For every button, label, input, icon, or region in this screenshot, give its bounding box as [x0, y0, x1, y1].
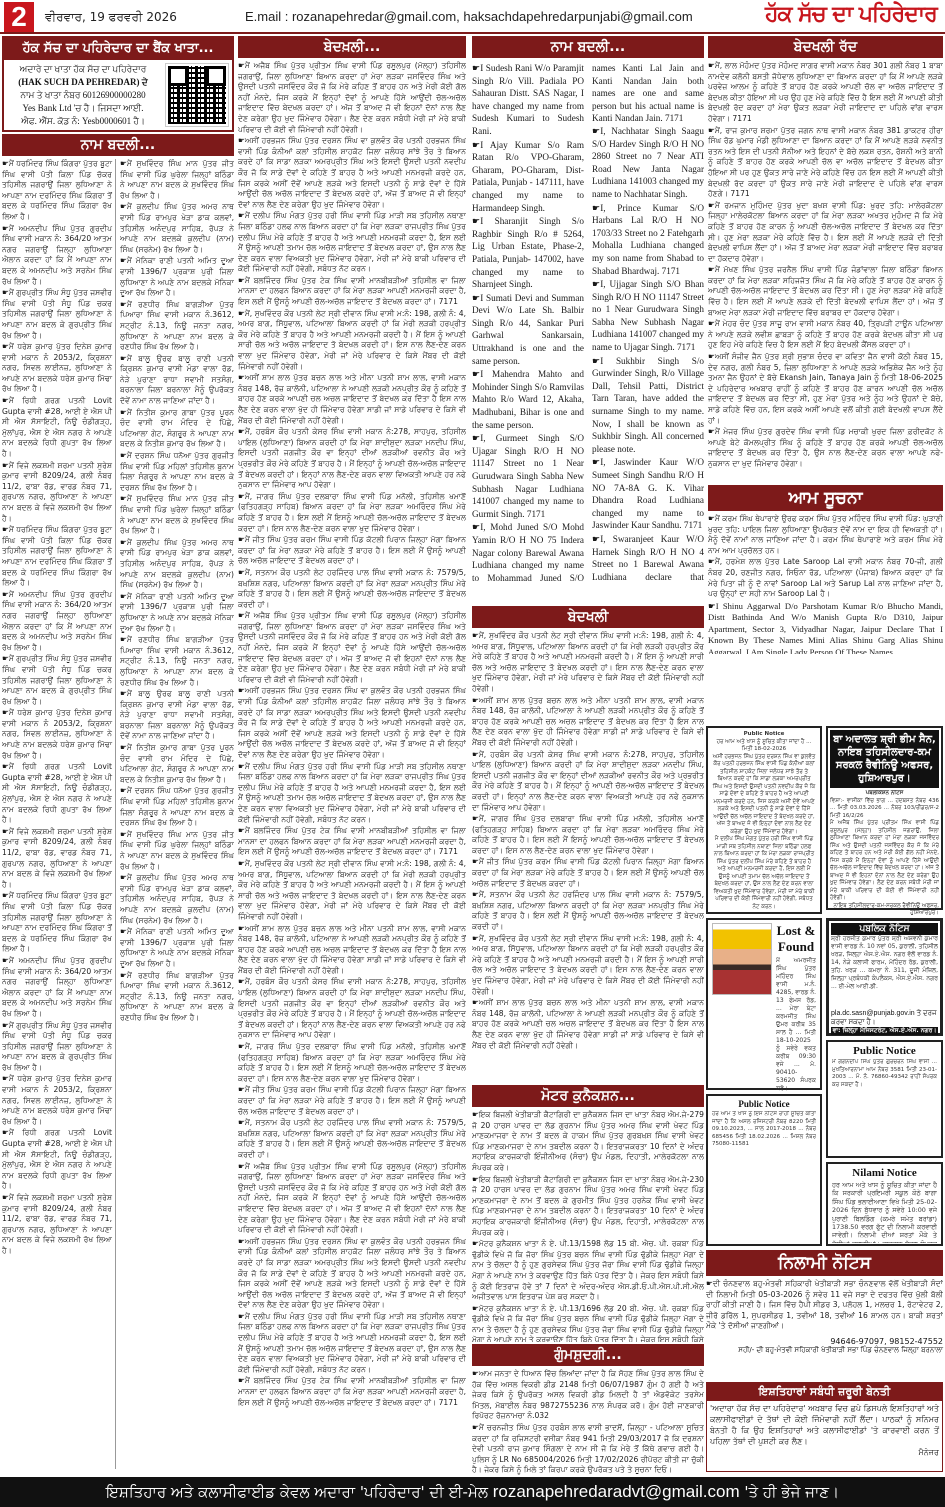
- list-item: ਮੈਂ ਬਲਜਿੰਦਰ ਸਿੰਘ ਪੁੱਤਰ ਟੇਕ ਸਿੰਘ ਵਾਸੀ ਮਾਨ…: [238, 826, 466, 858]
- list-item: ਅਸੀਂ ਸ਼ਾਮ ਲਾਲ ਪੁੱਤਰ ਬਚਨ ਲਾਲ ਅਤੇ ਮੀਨਾ ਪਤਨ…: [472, 998, 704, 1051]
- list-item: ਮੈਂ ਦਰਸ਼ਨ ਸਿੰਘ ਧਨੋਆ ਪੁੱਤਰ ਗੁਰਜੀਤ ਸਿੰਘ ਵਾ…: [120, 451, 234, 493]
- ad-body: ਹਰ ਆਮ ਤੇ ਖਾਸ ਨੂੰ ਇਸ ਨੋਟਿਸ ਰਾਹੀਂ ਸੂਚਿਤ ਕੀ…: [712, 1111, 816, 1243]
- footer-text: ਇਸ਼ਤਿਹਾਰ ਅਤੇ ਕਲਾਸੀਫਾਈਡ ਕੇਵਲ ਅਦਾਰਾ 'ਪਹਿਰੇ…: [106, 1483, 488, 1501]
- nilami-text: ਦੀ ਚੰਨਣਵਾਲ ਬਹੁ-ਮੰਤਵੀ ਸਹਿਕਾਰੀ ਖੇਤੀਬਾੜੀ ਸਭ…: [706, 1279, 943, 1332]
- list-item: ਅਸੀਂ ਸ਼ਾਮ ਲਾਲ ਪੁੱਤਰ ਬਚਨ ਲਾਲ ਅਤੇ ਮੀਨਾ ਪਤਨ…: [238, 373, 466, 426]
- list-item: ਮੈਂ ਮੇਹਰ ਚੰਦ ਪੁੱਤਰ ਸਾਜੂ ਰਾਮ ਵਾਸੀ ਮਕਾਨ ਨੰ…: [708, 319, 943, 351]
- list-item: ਮੈਂ, ਸੁਖਵਿੰਦਰ ਕੌਰ ਪਤਨੀ ਲੇਟ ਸ੍ਰੀ ਦੀਵਾਨ ਸਿ…: [238, 309, 466, 373]
- footer-banner: ਇਸ਼ਤਿਹਾਰ ਅਤੇ ਕਲਾਸੀਫਾਈਡ ਕੇਵਲ ਅਦਾਰਾ 'ਪਹਿਰੇ…: [0, 1477, 945, 1507]
- bank-account-box: ਹੱਕ ਸੱਚ ਦਾ ਪਹਿਰੇਦਾਰ ਦਾ ਬੈਂਕ ਖਾਤਾ... ਅਦਾਰ…: [2, 36, 234, 132]
- bank-line: ਅਦਾਰੇ ਦਾ ਖਾਤਾ ਹੱਕ ਸੱਚ ਦਾ ਪਹਿਰੇਦਾਰ: [6, 63, 160, 76]
- nilami-notice-section: ਨਿਲਾਮੀ ਨੋਟਿਸ ਦੀ ਚੰਨਣਵਾਲ ਬਹੁ-ਮੰਤਵੀ ਸਹਿਕਾਰ…: [706, 1250, 943, 1355]
- list-item-continued: names Kanti Lal Jain and Kanti Nandan Ja…: [592, 62, 704, 125]
- list-item: ਮੈਂ ਧਰੇਸ਼ ਕੁਮਾਰ ਪੁੱਤਰ ਦਿਨੇਸ਼ ਕੁਮਾਰ ਵਾਸੀ …: [2, 708, 112, 761]
- list-item: I, Mohd Juned S/O Mohd Yamin R/O H NO 75…: [472, 521, 584, 582]
- list-item: ਮੈਂ, ਸੁਖਵਿੰਦਰ ਕੌਰ ਪਤਨੀ ਲੇਟ ਸ੍ਰੀ ਦੀਵਾਨ ਸਿ…: [472, 934, 704, 998]
- list-item: ਮੈਂ, ਸਤਨਾਮ ਕੌਰ ਪਤਨੀ ਲੇਟ ਹਰਜਿੰਦਰ ਪਾਲ ਸਿੰਘ…: [238, 568, 466, 610]
- bank-line: Yes Bank Ltd 'ਚ ਹੈ। ਜਿਸਦਾ ਆਈ.: [6, 102, 160, 115]
- ad-body: ਹਰ ਆਮ ਅਤੇ ਖਾਸ ਨੂੰ ਸੂਚਿਤ ਕੀਤਾ ਜਾਂਦਾ ਹੈ ..…: [712, 739, 816, 754]
- list-item: I Ajay Kumar S/o Ram Ratan R/o VPO-Ghara…: [472, 139, 584, 215]
- bedakhli-2-list: ਮੈਂ, ਸੁਖਵਿੰਦਰ ਕੌਰ ਪਤਨੀ ਲੇਟ ਸ੍ਰੀ ਦੀਵਾਨ ਸਿ…: [472, 631, 704, 1083]
- list-item: ਮੈਂ, ਹਰਬੰਸ ਕੌਰ ਪਤਨੀ ਕੇਸਰ ਸਿੰਘ ਵਾਸੀ ਮਕਾਨ …: [472, 750, 704, 814]
- person-photo: [712, 923, 772, 995]
- list-item: ਇਕ ਬਿਜਲੀ ਖੇਤੀਬਾੜੀ ਕੈਟਾਗਿਰੀ ਦਾ ਕੁਨੈਕਸ਼ਨ ਜ…: [472, 1110, 704, 1174]
- list-item: ਮੈਂ ਵਿਜੇ ਲਕਸ਼ਮੀ ਸ਼ਰਮਾ ਪਤਨੀ ਸੁਰੇਸ਼ ਕੁਮਾਰ …: [2, 461, 112, 525]
- list-item: ਅਸੀਂ ਹਰਭਜਨ ਸਿੰਘ ਪੁੱਤਰ ਦਰਸ਼ਨ ਸਿੰਘ ਵਾ ਕੁਲਵ…: [238, 136, 466, 210]
- section-title-nilami-notice: ਨਿਲਾਮੀ ਨੋਟਿਸ: [706, 1250, 943, 1276]
- list-item: ਮੈਂ ਮੋਨਿਕਾ ਰਾਣੀ ਪਤਨੀ ਅਮਿਤ ਦੂਆ ਵਾਸੀ 1396/…: [120, 927, 234, 969]
- disclaimer-body: 'ਅਦਾਰਾ ਹੱਕ ਸੱਚ ਦਾ ਪਹਿਰੇਦਾਰ' ਅਖ਼ਬਾਰ ਵਿਚ ਛ…: [710, 1403, 939, 1447]
- bank-line: (HAK SUCH DA PEHREDAR) ਦੇ: [6, 76, 160, 89]
- list-item: ਮੈਂ ਰਣਧੀਰ ਸਿੰਘ ਬਾਗੜੀਆ ਪੁੱਤਰ ਪਿਆਰਾ ਸਿੰਘ ਵ…: [120, 635, 234, 688]
- list-item: ਮੈਂ ਗੁਰਪ੍ਰੀਤ ਸਿੰਘ ਸੰਧੂ ਪੁੱਤਰ ਜਸਵੀਰ ਸਿੰਘ …: [2, 654, 112, 707]
- list-item: ਮੈਂ ਕੁਲਦੀਪ ਸਿੰਘ ਪੁੱਤਰ ਅਮਰ ਨਾਥ ਵਾਸੀ ਪਿੰਡ …: [120, 538, 234, 591]
- list-item: ਮੈਂ ਕੁਲਦੀਪ ਸਿੰਘ ਪੁੱਤਰ ਅਮਰ ਨਾਥ ਵਾਸੀ ਪਿੰਡ …: [120, 202, 234, 255]
- list-item: ਮੈਂ ਸੁਖਵਿੰਦਰ ਸਿੰਘ ਮਾਨ ਪੁੱਤਰ ਜੀਤ ਸਿੰਘ ਵਾਸ…: [120, 830, 234, 872]
- disclaimer-box: ਇਸ਼ਤਿਹਾਰਾਂ ਸਬੰਧੀ ਜ਼ਰੂਰੀ ਬੇਨਤੀ 'ਅਦਾਰਾ ਹੱਕ…: [706, 1382, 943, 1472]
- bank-line: ਨਾਮ ਤੇ ਖਾਤਾ ਨੰਬਰ 60126900000280: [6, 89, 160, 102]
- ad-body: ਮੈਂ ਗਗਨਦੀਪ ਸਿੰਘ ਪੁੱਤਰ ਗੁਰਚਰਨ ਸਿੰਘ ਵਾਸੀ .…: [832, 1059, 937, 1154]
- name-change-en-list-a: I Sudesh Rani W/o Paramjit Singh R/o Vil…: [472, 62, 584, 582]
- list-item: ਮੈਂ ਕਰਮ ਸਿੰਘ ਥੇਪਾਰਾਏ ਉਰਫ ਕਰਮ ਸਿੰਘ ਪੁੱਤਰ …: [708, 514, 943, 556]
- list-item: ਮੈਂ ਵਿਜੇ ਲਕਸ਼ਮੀ ਸ਼ਰਮਾ ਪਤਨੀ ਸੁਰੇਸ਼ ਕੁਮਾਰ …: [2, 827, 112, 891]
- list-item: ਮੈਂ, ਹਰਮੇਸ਼ ਲਾਲ ਪੁੱਤਰ Late Saroop Lal ਵਾ…: [708, 557, 943, 599]
- court-notice-subheader: ਪਬਲੀਕੇਸ਼ਨ ਨੋਟਿਸ: [830, 790, 939, 798]
- list-item: ਮੈਂ ਸੁਖਵਿੰਦਰ ਸਿੰਘ ਮਾਨ ਪੁੱਤਰ ਜੀਤ ਸਿੰਘ ਵਾਸ…: [120, 494, 234, 536]
- nilami-notice-body: ਦੀ ਚੰਨਣਵਾਲ ਬਹੁ-ਮੰਤਵੀ ਸਹਿਕਾਰੀ ਖੇਤੀਬਾੜੀ ਸਭ…: [706, 1279, 943, 1337]
- list-item: ਮੈਂ, ਸੁਖਵਿੰਦਰ ਕੌਰ ਪਤਨੀ ਲੇਟ ਸ੍ਰੀ ਦੀਵਾਨ ਸਿ…: [238, 859, 466, 923]
- list-item: ਮੈਂ ਅਮਨਦੀਪ ਸਿੰਘ ਪੁੱਤਰ ਗੁਰਦੀਪ ਸਿੰਘ ਵਾਸੀ ਮ…: [2, 224, 112, 288]
- court-notice-header: ਬਾ ਅਦਾਲਤ ਸ਼੍ਰੀ ਭੀਮ ਸੈਨ, ਨਾਇਬ ਤਹਿਸੀਲਦਾਰ-ਕ…: [830, 730, 939, 788]
- page-number: 2: [4, 2, 34, 32]
- list-item: ਮੈਂ ਰਣਧੀਰ ਸਿੰਘ ਬਾਗੜੀਆ ਪੁੱਤਰ ਪਿਆਰਾ ਸਿੰਘ ਵ…: [120, 300, 234, 353]
- dc-notice-text: ਸ਼੍ਰੀ ਹਰਜੀਤ ਕੁਮਾਰ ਪੁੱਤਰ ਸ਼੍ਰੀ ਅਸ਼ਵਨੀ ਕੁਮ…: [831, 935, 938, 1009]
- list-item: ਮੈਂ, ਸਤਨਾਮ ਕੌਰ ਪਤਨੀ ਲੇਟ ਹਰਜਿੰਦਰ ਪਾਲ ਸਿੰਘ…: [472, 890, 704, 932]
- ad-title: Public Notice: [712, 731, 816, 739]
- lost-found-ad: Lost & Found ਮੈਂ ਅਮਰਜੀਤ ਸਿੰਘ ਪੁੱਤਰ ਮਹਿੰਦ…: [706, 918, 822, 1090]
- bank-account-details: ਅਦਾਰੇ ਦਾ ਖਾਤਾ ਹੱਕ ਸੱਚ ਦਾ ਪਹਿਰੇਦਾਰ (HAK S…: [4, 60, 162, 130]
- list-item: ਮੈਂ ਦਲੀਪ ਸਿੰਘ ਮੰਗਤ ਪੁੱਤਰ ਹਰੀ ਸਿੰਘ ਵਾਸੀ ਪ…: [238, 211, 466, 275]
- disclaimer-text: 'ਅਦਾਰਾ ਹੱਕ ਸੱਚ ਦਾ ਪਹਿਰੇਦਾਰ' ਅਖ਼ਬਾਰ ਵਿਚ ਛ…: [707, 1401, 942, 1471]
- disclaimer-manager: ਮੈਨੇਜਰ: [710, 1447, 939, 1458]
- contact-emails[interactable]: E.mail : rozanapehredar@gmail.com, haksa…: [245, 9, 693, 24]
- court-notice-text: ਪਬਲੀਕੇਸ਼ਨ ਨੋਟਿਸ ਵਿਸ਼ਾ:- ਵਾਸੀਕਾ ਵਿੱਚ ਭਾਗ …: [830, 790, 939, 918]
- list-item: I Sharanjit Singh S/o Raghbir Singh R/o …: [472, 215, 584, 291]
- issue-date: ਵੀਰਵਾਰ, 19 ਫਰਵਰੀ 2026: [45, 10, 177, 25]
- bedakhli-radd-list: ਮੈਂ, ਲਾਲ ਮੋਹੰਮਦ ਪੁੱਤਰ ਮੋਹੰਮਦ ਸਾਗਰ ਵਾਸੀ ਮ…: [708, 61, 943, 481]
- ad-body-filler: ਅਸੀਂ ਹਰਭਜਨ ਸਿੰਘ ਪੁੱਤਰ ਦਰਸ਼ਨ ਸਿੰਘ ਵਾ ਕੁਲਵ…: [712, 754, 816, 837]
- list-item: ਮੈਂ ਵਿਜੇ ਲਕਸ਼ਮੀ ਸ਼ਰਮਾ ਪਤਨੀ ਸੁਰੇਸ਼ ਕੁਮਾਰ …: [2, 1193, 112, 1257]
- aam-suchna-list: ਮੈਂ ਕਰਮ ਸਿੰਘ ਥੇਪਾਰਾਏ ਉਰਫ ਕਰਮ ਸਿੰਘ ਪੁੱਤਰ …: [708, 514, 943, 654]
- section-title-aam-suchna: ਆਮ ਸੂਚਨਾ: [708, 485, 943, 511]
- list-item: ਮੈਂ, ਹਰਬੰਸ ਕੌਰ ਪਤਨੀ ਕੇਸਰ ਸਿੰਘ ਵਾਸੀ ਮਕਾਨ …: [238, 427, 466, 491]
- name-change-list-b: ਮੈਂ ਸੁਖਵਿੰਦਰ ਸਿੰਘ ਮਾਨ ਪੁੱਤਰ ਜੀਤ ਸਿੰਘ ਵਾਸ…: [120, 159, 234, 1469]
- list-item: ਮੈਂ ਮੋਨਿਕਾ ਰਾਣੀ ਪਤਨੀ ਅਮਿਤ ਦੂਆ ਵਾਸੀ 1396/…: [120, 592, 234, 634]
- list-item: ਮੈਂ ਨਿਤੀਸ਼ ਕੁਮਾਰ ਗਾਬਾ ਪੁੱਤਰ ਪੂਰਨ ਚੰਦ ਵਾਸ…: [120, 743, 234, 785]
- list-item: ਮੈਂ ਜੀਤ ਸਿੰਘ ਪੁੱਤਰ ਕਰਮ ਸਿੰਘ ਵਾਸੀ ਪਿੰਡ ਕੋ…: [472, 857, 704, 889]
- list-item: ਮੈਂ ਧਰੇਸ਼ ਕੁਮਾਰ ਪੁੱਤਰ ਦਿਨੇਸ਼ ਕੁਮਾਰ ਵਾਸੀ …: [2, 1074, 112, 1127]
- bank-line: ਐਫ. ਐੱਸ. ਕੋਡ ਨੰ: Yesb0000601 ਹੈ।: [6, 115, 160, 128]
- name-change-list-a: ਮੈਂ ਧਰਮਿੰਦਰ ਸਿੰਘ ਕਿੰਗਰਾ ਪੁੱਤਰ ਬੂਟਾ ਸਿੰਘ …: [2, 159, 116, 1469]
- list-item: I, Nachhatar Singh Saagu S/O Hardev Sing…: [592, 125, 704, 201]
- list-item: ਮੈਂ ਦਰਸ਼ਨ ਸਿੰਘ ਧਨੋਆ ਪੁੱਤਰ ਗੁਰਜੀਤ ਸਿੰਘ ਵਾ…: [120, 786, 234, 828]
- list-item: ਮੈਂ, ਜਾਗਰ ਸਿੰਘ ਪੁੱਤਰ ਦਲਬਾਰਾ ਸਿੰਘ ਵਾਸੀ ਪਿ…: [238, 1042, 466, 1084]
- list-item: ਮੈਂ, ਹਰਬੰਸ ਕੌਰ ਪਤਨੀ ਕੇਸਰ ਸਿੰਘ ਵਾਸੀ ਮਕਾਨ …: [238, 977, 466, 1041]
- ad-title: Public Notice: [712, 1099, 816, 1109]
- court-notice-ad: ਬਾ ਅਦਾਲਤ ਸ਼੍ਰੀ ਭੀਮ ਸੈਨ, ਨਾਇਬ ਤਹਿਸੀਲਦਾਰ-ਕ…: [826, 726, 943, 910]
- public-notice-3-ad: Public Notice ਮੈਂ ਗਗਨਦੀਪ ਸਿੰਘ ਪੁੱਤਰ ਗੁਰਚ…: [826, 1040, 943, 1158]
- dc-notice-sign: ਵਾ: ਜ਼ਿਲ੍ਹਾ ਮੈਜਿਸਟਰੇਟ, ਐਸ.ਏ.ਐਸ. ਨਗਰ।: [831, 1027, 938, 1035]
- list-item: ਮੈਂ, ਰਾਜ ਕੁਮਾਰ ਸ਼ਰਮਾ ਪੁੱਤਰ ਜਗਨ ਨਾਥ ਵਾਸੀ …: [708, 126, 943, 200]
- ad-body: ਹਰ ਆਮ ਅਤੇ ਖਾਸ ਨੂੰ ਸੂਚਿਤ ਕੀਤਾ ਜਾਂਦਾ ਹੈ ਕਿ…: [832, 1181, 937, 1243]
- section-title-bedakhli: ਬੇਦਖ਼ਲੀ...: [238, 36, 466, 58]
- public-notice-2-ad: Public Notice ਹਰ ਆਮ ਤੇ ਖਾਸ ਨੂੰ ਇਸ ਨੋਟਿਸ …: [706, 1094, 822, 1246]
- list-item: ਆਮ ਜਨਤਾ ਦੇ ਧਿਆਨ ਵਿੱਚ ਲਿਆਂਦਾ ਜਾਂਦਾ ਹੈ ਕਿ …: [472, 1369, 704, 1422]
- public-notice-ad: Public Notice ਹਰ ਆਮ ਅਤੇ ਖਾਸ ਨੂੰ ਸੂਚਿਤ ਕੀ…: [706, 726, 822, 914]
- list-item: ਅਸੀਂ ਸ਼ਾਮ ਲਾਲ ਪੁੱਤਰ ਬਚਨ ਲਾਲ ਅਤੇ ਮੀਨਾ ਪਤਨ…: [238, 924, 466, 977]
- list-item: ਅਸੀਂ ਸ਼ਾਮ ਲਾਲ ਪੁੱਤਰ ਬਚਨ ਲਾਲ ਅਤੇ ਮੀਨਾ ਪਤਨ…: [472, 696, 704, 749]
- section-title-bedakhli-2: ਬੇਦਖਲੀ: [472, 606, 704, 628]
- list-item: ਮੈਂ ਕੁਲਦੀਪ ਸਿੰਘ ਪੁੱਤਰ ਅਮਰ ਨਾਥ ਵਾਸੀ ਪਿੰਡ …: [120, 873, 234, 926]
- list-item: ਮੈਂ, ਸਤਨਾਮ ਕੌਰ ਪਤਨੀ ਲੇਟ ਹਰਜਿੰਦਰ ਪਾਲ ਸਿੰਘ…: [238, 1118, 466, 1160]
- list-item: ਮੈਂ ਅਜੈਬ ਸਿੰਘ ਪੁੱਤਰ ਪ੍ਰੀਤਮ ਸਿੰਘ ਵਾਸੀ ਪਿੰ…: [238, 61, 466, 135]
- list-item: I Sumati Devi and Summan Devi W/o Late S…: [472, 292, 584, 368]
- list-item: ਮੈਂ ਧਰੇਸ਼ ਕੁਮਾਰ ਪੁੱਤਰ ਦਿਨੇਸ਼ ਕੁਮਾਰ ਵਾਸੀ …: [2, 342, 112, 395]
- column-4: ਬੇਦਖਲੀ ਰੱਦ ਮੈਂ, ਲਾਲ ਮੋਹੰਮਦ ਪੁੱਤਰ ਮੋਹੰਮਦ …: [708, 36, 943, 654]
- list-item: ਮੋਟਰ ਕੁਨੈਕਸ਼ਨ ਖਾਤਾ ਨੰ ਏ. ਪੀ.13/1598 ਲੋਡ …: [472, 1239, 704, 1303]
- qr-code-icon[interactable]: [166, 64, 228, 126]
- list-item: I Sudesh Rani W/o Paramjit Singh R/o Vil…: [472, 62, 584, 138]
- list-item: ਮੈਂ ਅਮਨਦੀਪ ਸਿੰਘ ਪੁੱਤਰ ਗੁਰਦੀਪ ਸਿੰਘ ਵਾਸੀ ਮ…: [2, 590, 112, 654]
- list-item: ਮੈਂ ਮੇਜਰ ਸਿੰਘ ਪੁੱਤਰ ਗੁਰਦੇਵ ਸਿੰਘ ਵਾਸੀ ਪਿੰ…: [708, 427, 943, 469]
- list-item: ਮੈਂ, ਜਾਗਰ ਸਿੰਘ ਪੁੱਤਰ ਦਲਬਾਰਾ ਸਿੰਘ ਵਾਸੀ ਪਿ…: [238, 492, 466, 534]
- list-item: I, Ujjagar Singh S/O Bhan Singh R/O H NO…: [592, 278, 704, 354]
- gum-shudgi-list: ਆਮ ਜਨਤਾ ਦੇ ਧਿਆਨ ਵਿੱਚ ਲਿਆਂਦਾ ਜਾਂਦਾ ਹੈ ਕਿ …: [472, 1369, 704, 1485]
- court-notice-body-filler: ਮੈਂ ਅਜੈਬ ਸਿੰਘ ਪੁੱਤਰ ਪ੍ਰੀਤਮ ਸਿੰਘ ਵਾਸੀ ਪਿੰ…: [830, 820, 939, 903]
- list-item: I, Gurmeet Singh S/O Ujagar Singh R/O H …: [472, 432, 584, 520]
- section-title-name-change: ਨਾਮ ਬਦਲੀ...: [2, 134, 234, 156]
- list-item: ਮੈਂ ਰਣਧੀਰ ਸਿੰਘ ਬਾਗੜੀਆ ਪੁੱਤਰ ਪਿਆਰਾ ਸਿੰਘ ਵ…: [120, 971, 234, 1024]
- dc-notice-email[interactable]: pla.dc.sasn@punjab.gov.in ਤੇ ਦਰਜ ਕਰਵਾ ਸਕ…: [831, 1009, 938, 1027]
- public-notice-text: Public Notice ਹਰ ਆਮ ਅਤੇ ਖਾਸ ਨੂੰ ਸੂਚਿਤ ਕੀ…: [712, 731, 816, 909]
- section-title-bedakhli-radd: ਬੇਦਖਲੀ ਰੱਦ: [708, 36, 943, 58]
- list-item: ਅਸੀਂ ਹਰਭਜਨ ਸਿੰਘ ਪੁੱਤਰ ਦਰਸ਼ਨ ਸਿੰਘ ਵਾ ਕੁਲਵ…: [238, 1237, 466, 1311]
- list-item: ਮੈਂ ਨਿਤੀਸ਼ ਕੁਮਾਰ ਗਾਬਾ ਪੁੱਤਰ ਪੂਰਨ ਚੰਦ ਵਾਸ…: [120, 408, 234, 450]
- section-title-disclaimer: ਇਸ਼ਤਿਹਾਰਾਂ ਸਬੰਧੀ ਜ਼ਰੂਰੀ ਬੇਨਤੀ: [707, 1383, 942, 1401]
- logo-text: ਹੱਕ ਸੱਚ ਦਾ ਪਹਿਰੇਦਾਰ: [765, 2, 937, 27]
- column-2: ਬੇਦਖ਼ਲੀ... ਮੈਂ ਅਜੈਬ ਸਿੰਘ ਪੁੱਤਰ ਪ੍ਰੀਤਮ ਸਿ…: [238, 36, 466, 1473]
- list-item: ਮੈਂ, ਜਾਗਰ ਸਿੰਘ ਪੁੱਤਰ ਦਲਬਾਰਾ ਸਿੰਘ ਵਾਸੀ ਪਿ…: [472, 814, 704, 856]
- newspaper-logo: ਹੱਕ ਸੱਚ ਦਾ ਪਹਿਰੇਦਾਰ: [765, 2, 937, 27]
- nilami-sign: ਸਹੀ/- ਦੀ ਬਹੁ-ਮੰਤਵੀ ਸਹਿਕਾਰੀ ਖੇਤੀਬਾੜੀ ਸਭਾ …: [706, 1346, 943, 1355]
- list-item: ਮੈਂ ਚਰਨਜੀਤ ਸਿੰਘ ਪੁੱਤਰ ਹਰਬੰਸ ਲਾਲ ਵਾਸੀ ਭਾਦ…: [472, 1423, 704, 1476]
- ad-title: Public Notice: [832, 1045, 937, 1057]
- court-notice-body: ਵਿਸ਼ਾ:- ਵਾਸੀਕਾ ਵਿੱਚ ਭਾਗ ... ਹਦਬਸਤ ਨੰਬਰ 4…: [830, 798, 939, 821]
- list-item: ਮੈਂ ਧਰਮਿੰਦਰ ਸਿੰਘ ਕਿੰਗਰਾ ਪੁੱਤਰ ਬੂਟਾ ਸਿੰਘ …: [2, 891, 112, 955]
- list-item: I, Swaranjeet Kaur W/O Harnek Singh R/O …: [592, 533, 704, 582]
- list-item: ਇਕ ਬਿਜਲੀ ਖੇਤੀਬਾੜੀ ਕੈਟਾਗਿਰੀ ਦਾ ਕੁਨੈਕਸ਼ਨ ਜ…: [472, 1175, 704, 1239]
- list-item: ਮੈਂ ਧਰਮਿੰਦਰ ਸਿੰਘ ਕਿੰਗਰਾ ਪੁੱਤਰ ਬੂਟਾ ਸਿੰਘ …: [2, 159, 112, 223]
- column-1: ਹੱਕ ਸੱਚ ਦਾ ਪਹਿਰੇਦਾਰ ਦਾ ਬੈਂਕ ਖਾਤਾ... ਅਦਾਰ…: [2, 36, 234, 1469]
- list-item: ਮੈਂ, ਲਾਲ ਮੋਹੰਮਦ ਪੁੱਤਰ ਮੋਹੰਮਦ ਸਾਗਰ ਵਾਸੀ ਮ…: [708, 61, 943, 125]
- list-item: ਮੈਂ ਰਿਧੀ ਗਰਗ ਪਤਨੀ Lovit Gupta ਵਾਸੀ #28, …: [2, 762, 112, 826]
- list-item: ਮੈਂ ਮੱਖਣ ਸਿੰਘ ਪੁੱਤਰ ਜਰਨੈਲ ਸਿੰਘ ਵਾਸੀ ਪਿੰਡ…: [708, 265, 943, 318]
- list-item: I Shinu Aggarwal D/o Parshotam Kumar R/o…: [708, 601, 943, 654]
- section-title-name-change-en: ਨਾਮ ਬਦਲੀ...: [472, 36, 704, 58]
- list-item: ਮੈਂ ਬਲਜਿੰਦਰ ਸਿੰਘ ਪੁੱਤਰ ਟੇਕ ਸਿੰਘ ਵਾਸੀ ਮਾਨ…: [238, 276, 466, 308]
- dc-public-notice-ad: ਪਬਲਿਕ ਨੋਟਿਸ ਸ਼੍ਰੀ ਹਰਜੀਤ ਕੁਮਾਰ ਪੁੱਤਰ ਸ਼੍ਰ…: [826, 918, 943, 1036]
- bedakhli-list: ਮੈਂ ਅਜੈਬ ਸਿੰਘ ਪੁੱਤਰ ਪ੍ਰੀਤਮ ਸਿੰਘ ਵਾਸੀ ਪਿੰ…: [238, 61, 466, 1473]
- list-item: ਮੈਂ ਮੋਨਿਕਾ ਰਾਣੀ ਪਤਨੀ ਅਮਿਤ ਦੂਆ ਵਾਸੀ 1396/…: [120, 256, 234, 298]
- list-item: ਮੈਂ ਬਾਲੂ ਉਰਫ ਬਾਲੂ ਰਾਣੀ ਪਤਨੀ ਕ੍ਰਿਸ਼ਨ ਕੁਮਾ…: [120, 354, 234, 407]
- list-item: ਮੈਂ ਗੁਰਪ੍ਰੀਤ ਸਿੰਘ ਸੰਧੂ ਪੁੱਤਰ ਜਸਵੀਰ ਸਿੰਘ …: [2, 288, 112, 341]
- nilami-phones: 94646-97097, 98152-47552: [706, 1337, 943, 1346]
- section-title-gum-shudgi: ਗੁੰਮਸ਼ੁਦਗੀ...: [472, 1344, 704, 1366]
- list-item: ਅਸੀਂ ਸੰਜੀਵ ਜੈਨ ਪੁੱਤਰ ਸ਼੍ਰੀ ਸੁਭਾਸ਼ ਚੰਦਰ ਵ…: [708, 352, 943, 426]
- list-item: ਮੈਂ ਰਿਧੀ ਗਰਗ ਪਤਨੀ Lovit Gupta ਵਾਸੀ #28, …: [2, 1128, 112, 1192]
- bank-account-title: ਹੱਕ ਸੱਚ ਦਾ ਪਹਿਰੇਦਾਰ ਦਾ ਬੈਂਕ ਖਾਤਾ...: [4, 38, 232, 60]
- name-change-en-list-b: names Kanti Lal Jain and Kanti Nandan Ja…: [592, 62, 704, 582]
- column-3: ਨਾਮ ਬਦਲੀ... I Sudesh Rani W/o Paramjit S…: [472, 36, 704, 1485]
- list-item: I, Prince Kumar S/O Harbans Lal R/O H NO…: [592, 202, 704, 278]
- list-item: ਮੈਂ ਬਲਜਿੰਦਰ ਸਿੰਘ ਪੁੱਤਰ ਟੇਕ ਸਿੰਘ ਵਾਸੀ ਮਾਨ…: [238, 1376, 466, 1408]
- list-item: ਮੈਂ ਦਲੀਪ ਸਿੰਘ ਮੰਗਤ ਪੁੱਤਰ ਹਰੀ ਸਿੰਘ ਵਾਸੀ ਪ…: [238, 1312, 466, 1376]
- list-item: ਮੈਂ ਗੁਰਪ੍ਰੀਤ ਸਿੰਘ ਸੰਧੂ ਪੁੱਤਰ ਜਸਵੀਰ ਸਿੰਘ …: [2, 1021, 112, 1074]
- list-item: ਮੈਂ ਬਾਲੂ ਉਰਫ ਬਾਲੂ ਰਾਣੀ ਪਤਨੀ ਕ੍ਰਿਸ਼ਨ ਕੁਮਾ…: [120, 689, 234, 742]
- ad-body-filler: ਮੈਂ ਦਲੀਪ ਸਿੰਘ ਮੰਗਤ ਪੁੱਤਰ ਹਰੀ ਸਿੰਘ ਵਾਸੀ ਪ…: [712, 836, 816, 909]
- list-item: I Sukhbir Singh S/o Gurwinder Singh, R/o…: [592, 355, 704, 456]
- motor-connection-list: ਇਕ ਬਿਜਲੀ ਖੇਤੀਬਾੜੀ ਕੈਟਾਗਿਰੀ ਦਾ ਕੁਨੈਕਸ਼ਨ ਜ…: [472, 1110, 704, 1342]
- list-item: ਮੈਂ ਸੁਖਵਿੰਦਰ ਸਿੰਘ ਮਾਨ ਪੁੱਤਰ ਜੀਤ ਸਿੰਘ ਵਾਸ…: [120, 159, 234, 201]
- list-item: ਮੈਂ ਜੀਤ ਸਿੰਘ ਪੁੱਤਰ ਕਰਮ ਸਿੰਘ ਵਾਸੀ ਪਿੰਡ ਕੋ…: [238, 535, 466, 567]
- ad-title: Nilami Notice: [832, 1167, 937, 1179]
- nilami-notice-small-ad: Nilami Notice ਹਰ ਆਮ ਅਤੇ ਖਾਸ ਨੂੰ ਸੂਚਿਤ ਕੀ…: [826, 1162, 943, 1246]
- list-item: ਮੈਂ ਰਮਜਾਨ ਮੁਹਿੰਮਦ ਪੁੱਤਰ ਖੁਦਾ ਬਖਸ਼ ਵਾਸੀ ਪ…: [708, 201, 943, 265]
- list-item: I Mahendra Mahto and Mohinder Singh S/o …: [472, 368, 584, 431]
- lost-found-text: ਮੈਂ ਅਮਰਜੀਤ ਸਿੰਘ ਪੁੱਤਰ ਮਹਿੰਦਰ ਸਿੰਘ ਵਾਸੀ ਮ…: [776, 957, 816, 1107]
- list-item: ਮੈਂ ਅਜੈਬ ਸਿੰਘ ਪੁੱਤਰ ਪ੍ਰੀਤਮ ਸਿੰਘ ਵਾਸੀ ਪਿੰ…: [238, 611, 466, 685]
- list-item: ਅਸੀਂ ਹਰਭਜਨ ਸਿੰਘ ਪੁੱਤਰ ਦਰਸ਼ਨ ਸਿੰਘ ਵਾ ਕੁਲਵ…: [238, 686, 466, 760]
- section-title-motor-connection: ਮੋਟਰ ਕੁਨੈਕਸ਼ਨ...: [472, 1085, 704, 1107]
- list-item: ਮੋਟਰ ਕੁਨੈਕਸ਼ਨ ਖਾਤਾ ਨੰ ਏ. ਪੀ.13/1696 ਲੋਡ …: [472, 1304, 704, 1342]
- dc-notice-header: ਪਬਲਿਕ ਨੋਟਿਸ: [831, 923, 938, 935]
- list-item: ਮੈਂ ਅਮਨਦੀਪ ਸਿੰਘ ਪੁੱਤਰ ਗੁਰਦੀਪ ਸਿੰਘ ਵਾਸੀ ਮ…: [2, 956, 112, 1020]
- footer-email[interactable]: rozanapehredaradvt@gmail.com: [493, 1482, 740, 1501]
- list-item: ਮੈਂ ਦਲੀਪ ਸਿੰਘ ਮੰਗਤ ਪੁੱਤਰ ਹਰੀ ਸਿੰਘ ਵਾਸੀ ਪ…: [238, 762, 466, 826]
- list-item: ਮੈਂ ਅਜੈਬ ਸਿੰਘ ਪੁੱਤਰ ਪ੍ਰੀਤਮ ਸਿੰਘ ਵਾਸੀ ਪਿੰ…: [238, 1162, 466, 1236]
- list-item: ਮੈਂ, ਸੁਖਵਿੰਦਰ ਕੌਰ ਪਤਨੀ ਲੇਟ ਸ੍ਰੀ ਦੀਵਾਨ ਸਿ…: [472, 631, 704, 695]
- court-notice-sign: ਨਾਇਬ ਤਹਿਸੀਲਦਾਰ-ਕਮ-ਸਰਕਲ ਰੈਵੀਨਿਊ ਅਫਸਰ, ਹੁਸ…: [830, 903, 939, 918]
- list-item: ਮੈਂ ਜੀਤ ਸਿੰਘ ਪੁੱਤਰ ਕਰਮ ਸਿੰਘ ਵਾਸੀ ਪਿੰਡ ਕੋ…: [238, 1085, 466, 1117]
- masthead: 2 ਵੀਰਵਾਰ, 19 ਫਰਵਰੀ 2026 E.mail : rozanap…: [0, 0, 945, 34]
- list-item: ਮੈਂ ਧਰਮਿੰਦਰ ਸਿੰਘ ਕਿੰਗਰਾ ਪੁੱਤਰ ਬੂਟਾ ਸਿੰਘ …: [2, 525, 112, 589]
- list-item: I, Jaswinder Kaur W/O Sumeet Singh Sandh…: [592, 456, 704, 532]
- list-item: ਮੈਂ ਰਿਧੀ ਗਰਗ ਪਤਨੀ Lovit Gupta ਵਾਸੀ #28, …: [2, 396, 112, 460]
- footer-text-end: 'ਤੇ ਹੀ ਭੇਜੇ ਜਾਣ।: [744, 1483, 839, 1501]
